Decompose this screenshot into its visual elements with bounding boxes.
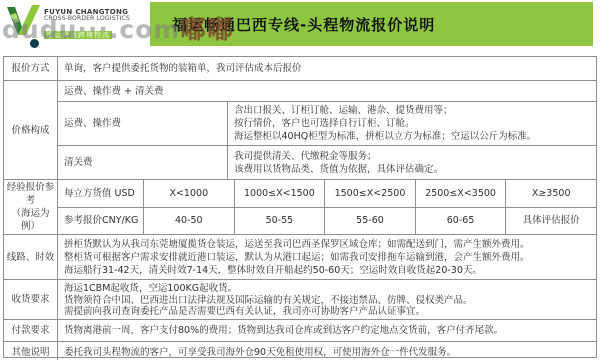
tier-cell: X<1000 [144, 180, 235, 207]
price-cell: 55-60 [325, 208, 416, 235]
freight-line2: 按行情价，客户也可选择自行订柜、订舱。 [234, 117, 590, 130]
row-payment-requirements: 付款要求 货物离港前一周，客户支付80%的费用；货物到达我司仓库或到达客户约定地… [4, 320, 596, 342]
receiving-line2: 货物须符合中国、巴西进出口法律法规及国际运输的有关规定，不接违禁品、仿牌、侵权类… [64, 294, 590, 306]
logo-name-cn: 福运畅通跨境物流 [44, 31, 112, 39]
freight-line3: 海运整柜以40HQ柜型为标准，拼柜以立方为标准；空运以公斤为标准。 [234, 130, 590, 143]
row-label: 经验报价参考 （海运为例） [4, 180, 58, 234]
receiving-detail: 海运1CBM起收货，空运100KG起收货。 货物须符合中国、巴西进出口法律法规及… [58, 280, 596, 319]
page-title: 福运畅通巴西专线-头程物流报价说明 [150, 2, 593, 46]
customs-line2: 该费用以货物品类、货值为依据，具体评估确定。 [234, 163, 590, 176]
row-route-leadtime: 线路、时效 拼柜货默认为从我司东莞塘厦揽货仓装运，运送至我司巴西圣保罗区域仓库；… [4, 235, 596, 280]
route-line1: 拼柜货默认为从我司东莞塘厦揽货仓装运，运送至我司巴西圣保罗区域仓库；如需配送到门… [64, 238, 590, 251]
price-header: 参考报价CNY/KG [58, 208, 144, 235]
reference-grid: 每立方货值 USD X<1000 1000≤X<1500 1500≤X<2500… [58, 180, 596, 234]
tier-cell: 1500≤X<2500 [325, 180, 416, 207]
customs-detail: 我司提供清关、代缴税金等服务； 该费用以货物品类、货值为依据，具体评估确定。 [228, 146, 596, 179]
freight-line1: 含出口报关、订柜订舱、运输、港杂、提货费用等； [234, 104, 590, 117]
receiving-line1: 海运1CBM起收货，空运100KG起收货。 [64, 282, 590, 294]
price-cell: 40-50 [144, 208, 235, 235]
tier-header: 每立方货值 USD [58, 180, 144, 207]
tier-cell: 2500≤X<3500 [416, 180, 507, 207]
row-label: 付款要求 [4, 320, 58, 341]
reference-price-row: 参考报价CNY/KG 40-50 50-55 55-60 60-65 具体评估报… [58, 208, 596, 235]
header: 福运畅通巴西专线-头程物流报价说明 FUYUN CHANGTONG CROSS-… [0, 0, 600, 54]
receiving-line3: 需提前向我司查询委托产品是否需要巴西有关认证，我司亦可协助客户产品认证事宜。 [64, 305, 590, 317]
customs-line1: 我司提供清关、代缴税金等服务； [234, 150, 590, 163]
reference-tier-row: 每立方货值 USD X<1000 1000≤X<1500 1500≤X<2500… [58, 180, 596, 208]
logo-dot-icon [30, 39, 39, 48]
price-cell: 50-55 [235, 208, 326, 235]
row-receiving-requirements: 收货要求 海运1CBM起收货，空运100KG起收货。 货物须符合中国、巴西进出口… [4, 280, 596, 320]
row-label: 价格构成 [4, 81, 58, 179]
row-price-composition: 价格构成 运费、操作费 + 清关费 运费、操作费 含出口报关、订柜订舱、运输、港… [4, 81, 596, 180]
other-text: 委托我司头程物流的客户，可享受我司海外仓90天免租使用权，可使用海外仓一件代发服… [64, 346, 590, 359]
subrow-summary: 运费、操作费 + 清关费 [58, 81, 596, 102]
row-label: 收货要求 [4, 280, 58, 319]
logo-sub-en: CROSS-BORDER LOGISTICS [44, 16, 130, 23]
tier-cell: 1000≤X<1500 [235, 180, 326, 207]
price-composition-subtable: 运费、操作费 + 清关费 运费、操作费 含出口报关、订柜订舱、运输、港杂、提货费… [58, 81, 596, 179]
row-label: 线路、时效 [4, 235, 58, 279]
route-detail: 拼柜货默认为从我司东莞塘厦揽货仓装运，运送至我司巴西圣保罗区域仓库；如需配送到门… [58, 235, 596, 279]
payment-text: 货物离港前一周，客户支付80%的费用；货物到达我司仓库或到达客户约定地点交货前，… [64, 324, 590, 337]
subrow-customs: 清关费 我司提供清关、代缴税金等服务； 该费用以货物品类、货值为依据，具体评估确… [58, 146, 596, 179]
row-reference-pricing: 经验报价参考 （海运为例） 每立方货值 USD X<1000 1000≤X<15… [4, 180, 596, 235]
row-label: 其他说明 [4, 342, 58, 360]
logo-text: FUYUN CHANGTONG CROSS-BORDER LOGISTICS 福… [44, 5, 130, 41]
price-table: 报价方式 单询，客户提供委托货物的装箱单，我司评估成本后报价 价格构成 运费、操… [3, 56, 597, 358]
row-other-notes: 其他说明 委托我司头程物流的客户，可享受我司海外仓90天免租使用权，可使用海外仓… [4, 342, 596, 360]
subrow-freight: 运费、操作费 含出口报关、订柜订舱、运输、港杂、提货费用等； 按行情价，客户也可… [58, 102, 596, 146]
customs-label: 清关费 [58, 146, 228, 179]
freight-label: 运费、操作费 [58, 102, 228, 145]
summary-text: 运费、操作费 + 清关费 [64, 85, 590, 98]
quote-method-text: 单询，客户提供委托货物的装箱单，我司评估成本后报价 [64, 62, 590, 75]
payment-detail: 货物离港前一周，客户支付80%的费用；货物到达我司仓库或到达客户约定地点交货前，… [58, 320, 596, 341]
company-logo: FUYUN CHANGTONG CROSS-BORDER LOGISTICS 福… [6, 5, 130, 41]
price-cell: 60-65 [416, 208, 507, 235]
price-sheet-page: 福运畅通巴西专线-头程物流报价说明 FUYUN CHANGTONG CROSS-… [0, 0, 600, 360]
logo-v-icon [6, 5, 40, 37]
row-quote-method: 报价方式 单询，客户提供委托货物的装箱单，我司评估成本后报价 [4, 57, 596, 81]
tier-cell: X≥3500 [506, 180, 596, 207]
reference-label-line2: （海运为例） [5, 207, 56, 233]
reference-label-line1: 经验报价参考 [5, 181, 56, 207]
summary-cell: 运费、操作费 + 清关费 [58, 81, 596, 101]
row-content: 单询，客户提供委托货物的装箱单，我司评估成本后报价 [58, 57, 596, 80]
price-cell: 具体评估报价 [506, 208, 596, 235]
route-line3: 海运船行31-42天，清关时效7-14天，整体时效自开船起约50-60天；空运时… [64, 264, 590, 277]
freight-detail: 含出口报关、订柜订舱、运输、港杂、提货费用等； 按行情价，客户也可选择自行订柜、… [228, 102, 596, 145]
other-detail: 委托我司头程物流的客户，可享受我司海外仓90天免租使用权，可使用海外仓一件代发服… [58, 342, 596, 360]
row-label: 报价方式 [4, 57, 58, 80]
route-line2: 整柜货可根据客户需求安排就近港口装运，默认为从港口起运；如需我司安排拖车运输到港… [64, 251, 590, 264]
